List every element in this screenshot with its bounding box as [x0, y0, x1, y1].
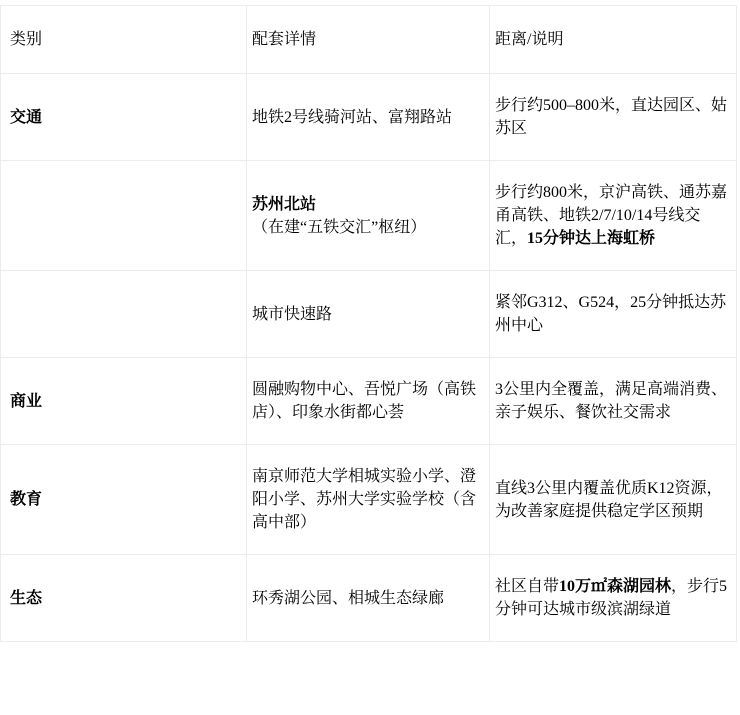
detail-cell: 城市快速路: [247, 271, 490, 358]
detail-cell: 南京师范大学相城实验小学、澄阳小学、苏州大学实验学校（含高中部）: [247, 445, 490, 555]
category-cell: [1, 271, 247, 358]
category-cell: 教育: [1, 445, 247, 555]
table-row: 教育南京师范大学相城实验小学、澄阳小学、苏州大学实验学校（含高中部）直线3公里内…: [1, 445, 737, 555]
category-cell: 商业: [1, 358, 247, 445]
note-cell: 步行约500–800米，直达园区、姑苏区: [490, 74, 737, 161]
table-row: 苏州北站（在建“五铁交汇”枢纽）步行约800米，京沪高铁、通苏嘉甬高铁、地铁2/…: [1, 161, 737, 271]
highlight-text: 10万㎡森湖园林: [559, 578, 671, 595]
table-row: 交通地铁2号线骑河站、富翔路站步行约500–800米，直达园区、姑苏区: [1, 74, 737, 161]
table-header-row: 类别 配套详情 距离/说明: [1, 6, 737, 74]
table-row: 生态环秀湖公园、相城生态绿廊社区自带10万㎡森湖园林，步行5分钟可达城市级滨湖绿…: [1, 555, 737, 642]
note-cell: 步行约800米，京沪高铁、通苏嘉甬高铁、地铁2/7/10/14号线交汇，15分钟…: [490, 161, 737, 271]
note-cell: 社区自带10万㎡森湖园林，步行5分钟可达城市级滨湖绿道: [490, 555, 737, 642]
note-cell: 紧邻G312、G524，25分钟抵达苏州中心: [490, 271, 737, 358]
note-cell: 3公里内全覆盖，满足高端消费、亲子娱乐、餐饮社交需求: [490, 358, 737, 445]
highlight-text: 苏州北站: [252, 196, 316, 213]
table-row: 城市快速路紧邻G312、G524，25分钟抵达苏州中心: [1, 271, 737, 358]
table-body: 交通地铁2号线骑河站、富翔路站步行约500–800米，直达园区、姑苏区苏州北站（…: [1, 74, 737, 642]
detail-cell: 苏州北站（在建“五铁交汇”枢纽）: [247, 161, 490, 271]
detail-cell: 地铁2号线骑河站、富翔路站: [247, 74, 490, 161]
category-cell: 生态: [1, 555, 247, 642]
note-cell: 直线3公里内覆盖优质K12资源，为改善家庭提供稳定学区预期: [490, 445, 737, 555]
category-cell: [1, 161, 247, 271]
amenities-table: 类别 配套详情 距离/说明 交通地铁2号线骑河站、富翔路站步行约500–800米…: [0, 5, 737, 642]
detail-cell: 环秀湖公园、相城生态绿廊: [247, 555, 490, 642]
category-cell: 交通: [1, 74, 247, 161]
column-header-detail: 配套详情: [247, 6, 490, 74]
table-row: 商业圆融购物中心、吾悦广场（高铁店）、印象水街都心荟3公里内全覆盖，满足高端消费…: [1, 358, 737, 445]
detail-cell: 圆融购物中心、吾悦广场（高铁店）、印象水街都心荟: [247, 358, 490, 445]
column-header-category: 类别: [1, 6, 247, 74]
highlight-text: 15分钟达上海虹桥: [527, 230, 655, 247]
column-header-note: 距离/说明: [490, 6, 737, 74]
